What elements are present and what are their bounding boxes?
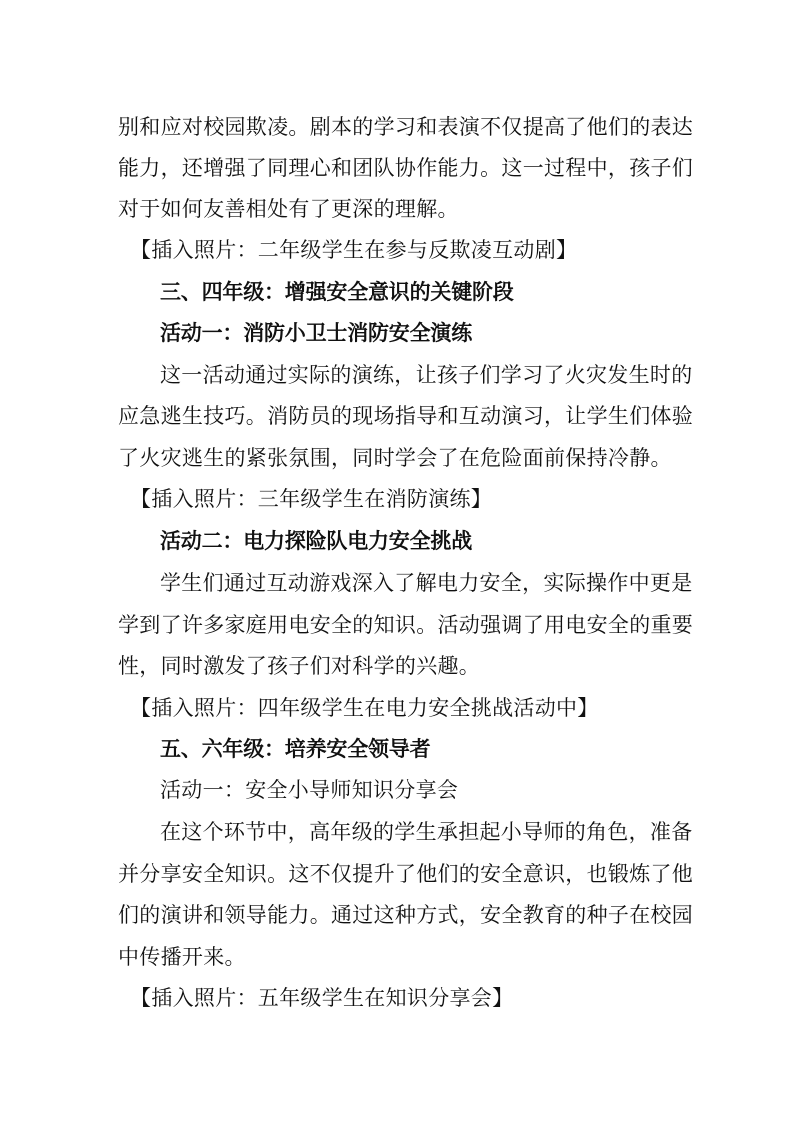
body-text-line: 能力，还增强了同理心和团队协作能力。这一过程中，孩子们	[118, 154, 674, 182]
section-heading: 五、六年级：培养安全领导者	[160, 735, 674, 763]
activity-title: 活动二：电力探险队电力安全挑战	[160, 527, 674, 555]
body-text-line: 别和应对校园欺凌。剧本的学习和表演不仅提高了他们的表达	[118, 113, 674, 141]
section-heading: 三、四年级：增强安全意识的关键阶段	[160, 278, 674, 306]
body-text-line: 中传播开来。	[118, 943, 674, 971]
body-text-line: 并分享安全知识。这不仅提升了他们的安全意识，也锻炼了他	[118, 860, 674, 888]
photo-placeholder-caption: 【插入照片：五年级学生在知识分享会】	[130, 984, 686, 1012]
photo-placeholder-caption: 【插入照片：三年级学生在消防演练】	[130, 485, 686, 513]
activity-title: 活动一：安全小导师知识分享会	[160, 776, 674, 804]
body-text-line: 了火灾逃生的紧张氛围，同时学会了在危险面前保持冷静。	[118, 444, 674, 472]
body-text-line: 对于如何友善相处有了更深的理解。	[118, 195, 674, 223]
body-text-line: 学到了许多家庭用电安全的知识。活动强调了用电安全的重要	[118, 611, 674, 639]
body-text-line: 学生们通过互动游戏深入了解电力安全，实际操作中更是	[160, 569, 674, 597]
body-text-line: 应急逃生技巧。消防员的现场指导和互动演习，让学生们体验	[118, 402, 674, 430]
body-text-line: 这一活动通过实际的演练，让孩子们学习了火灾发生时的	[160, 361, 674, 389]
photo-placeholder-caption: 【插入照片：二年级学生在参与反欺凌互动剧】	[130, 236, 686, 264]
body-text-line: 性，同时激发了孩子们对科学的兴趣。	[118, 652, 674, 680]
body-text-line: 在这个环节中，高年级的学生承担起小导师的角色，准备	[160, 818, 674, 846]
activity-title: 活动一：消防小卫士消防安全演练	[160, 319, 674, 347]
document-page: 别和应对校园欺凌。剧本的学习和表演不仅提高了他们的表达 能力，还增强了同理心和团…	[0, 0, 793, 1122]
body-text-line: 们的演讲和领导能力。通过这种方式，安全教育的种子在校园	[118, 901, 674, 929]
photo-placeholder-caption: 【插入照片：四年级学生在电力安全挑战活动中】	[130, 694, 686, 722]
